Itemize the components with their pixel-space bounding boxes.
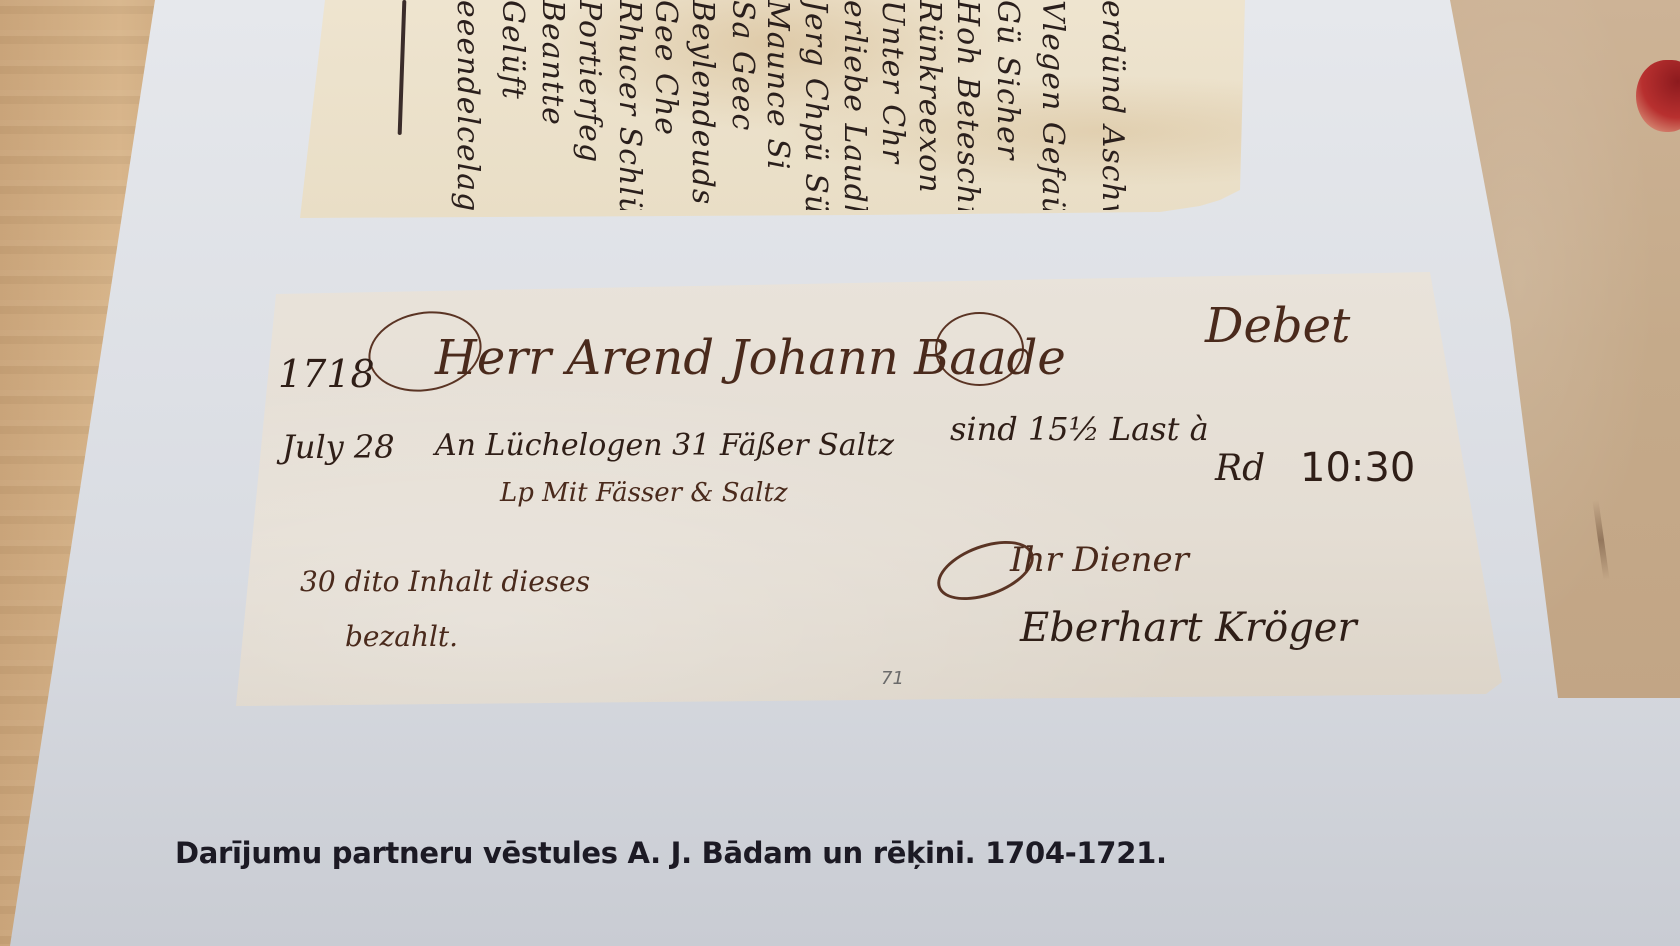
letter-column: Maunce Si bbox=[760, 0, 795, 210]
letter-column: Gelüft bbox=[495, 0, 530, 210]
receipt-line-1: An Lüchelogen 31 Fäßer Saltz bbox=[435, 428, 894, 463]
letter-column: Portierfeg bbox=[572, 0, 607, 210]
letter-column: Sa Geec bbox=[725, 0, 760, 210]
receipt-year: 1718 bbox=[278, 352, 375, 396]
letter-column: Beylendeuds bbox=[685, 0, 720, 210]
photo-scene: eeendelcelage Gelüft Beantte Portierfeg … bbox=[0, 0, 1680, 946]
upper-letter-document: eeendelcelage Gelüft Beantte Portierfeg … bbox=[300, 0, 1245, 218]
signature-line-1: Ihr Diener bbox=[1010, 540, 1189, 580]
letter-column: Rünkreexon bbox=[912, 0, 947, 210]
receipt-heading-debet: Debet bbox=[1205, 298, 1350, 354]
letter-column: Jerg Chpü Sü bbox=[798, 0, 833, 210]
receipt-line-2: Lp Mit Fässer & Saltz bbox=[500, 478, 788, 508]
vertical-ink-line bbox=[398, 0, 407, 135]
receipt-amount: 10:30 bbox=[1300, 445, 1415, 491]
receipt-line-1-right: sind 15½ Last à bbox=[950, 410, 1209, 448]
receipt-heading: Herr Arend Johann Baade bbox=[435, 330, 1066, 386]
receipt-line-4: bezahlt. bbox=[345, 620, 458, 653]
signature-name: Eberhart Kröger bbox=[1020, 605, 1357, 651]
letter-column: Unter Chr bbox=[875, 0, 910, 210]
receipt-date: July 28 bbox=[282, 428, 395, 466]
archive-number: 71 bbox=[881, 668, 904, 689]
receipt-currency: Rd bbox=[1215, 448, 1265, 489]
receipt-line-3: 30 dito Inhalt dieses bbox=[300, 565, 590, 598]
letter-column: Vlegen Gefaü bbox=[1035, 0, 1070, 210]
letter-column: Hoh Beteschreck bbox=[950, 0, 985, 210]
letter-column: eeendelcelage bbox=[450, 0, 485, 210]
letter-column: erliebe Laudh bbox=[837, 0, 872, 210]
letter-column: Rhucer Schlüf bbox=[612, 0, 647, 210]
letter-column: Gee Che bbox=[648, 0, 683, 210]
letter-column: Beantte bbox=[535, 0, 570, 210]
exhibit-caption: Darījumu partneru vēstules A. J. Bādam u… bbox=[175, 836, 1167, 870]
letter-column: Gü Sicher bbox=[990, 0, 1025, 210]
letter-column: erdünd Aschwr Jü bbox=[1095, 0, 1130, 210]
